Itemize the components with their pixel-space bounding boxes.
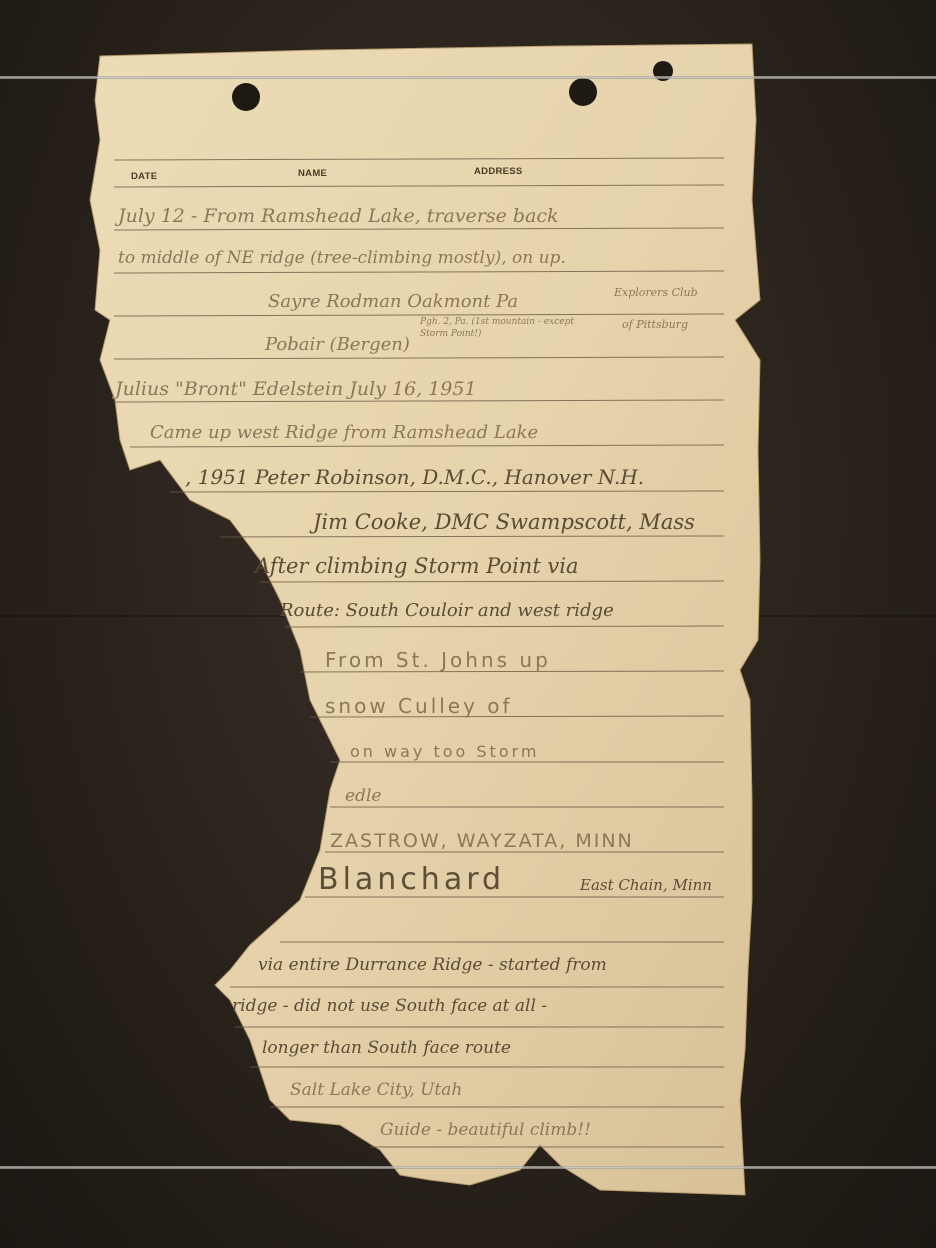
- entry-line: via entire Durrance Ridge - started from: [258, 955, 607, 975]
- entry-line: edle: [345, 786, 381, 806]
- entry-line: Pgh. 2, Pa. (1st mountain - except Storm…: [420, 316, 600, 340]
- entry-line: After climbing Storm Point via: [255, 554, 579, 578]
- mounting-rail-bottom: [0, 1166, 936, 1169]
- address-column-header: ADDRESS: [474, 166, 523, 177]
- entry-line: Salt Lake City, Utah: [290, 1080, 462, 1100]
- entry-line: East Chain, Minn: [580, 876, 712, 894]
- entry-line: , 1951 Peter Robinson, D.M.C., Hanover N…: [185, 465, 644, 489]
- entry-line: From St. Johns up: [325, 648, 551, 672]
- punch-hole: [232, 83, 260, 111]
- torn-paper-page: [0, 0, 936, 1248]
- mounting-rail-top: [0, 76, 936, 79]
- entry-line: of Pittsburg: [622, 318, 688, 331]
- entry-line: Julius "Bront" Edelstein July 16, 1951: [115, 378, 477, 400]
- entry-line: Guide - beautiful climb!!: [380, 1120, 591, 1140]
- entry-line: longer than South face route: [262, 1038, 511, 1058]
- entry-line: Blanchard: [318, 862, 505, 897]
- entry-line: Explorers Club: [614, 286, 698, 299]
- entry-line: Came up west Ridge from Ramshead Lake: [150, 422, 538, 443]
- entry-line: on way too Storm: [350, 742, 540, 761]
- entry-line: Jim Cooke, DMC Swampscott, Mass: [313, 510, 695, 534]
- punch-hole: [569, 78, 597, 106]
- entry-line: July 12 - From Ramshead Lake, traverse b…: [118, 205, 559, 227]
- entry-line: snow Culley of: [325, 694, 513, 718]
- entry-line: ridge - did not use South face at all -: [232, 996, 547, 1016]
- name-column-header: NAME: [298, 168, 327, 179]
- entry-line: Sayre Rodman Oakmont Pa: [268, 291, 518, 312]
- entry-line: Pobair (Bergen): [265, 334, 410, 355]
- entry-line: Route: South Couloir and west ridge: [280, 600, 614, 621]
- entry-line: ZASTROW, WAYZATA, MINN: [330, 830, 634, 852]
- date-column-header: DATE: [131, 171, 157, 182]
- entry-line: to middle of NE ridge (tree-climbing mos…: [118, 248, 566, 268]
